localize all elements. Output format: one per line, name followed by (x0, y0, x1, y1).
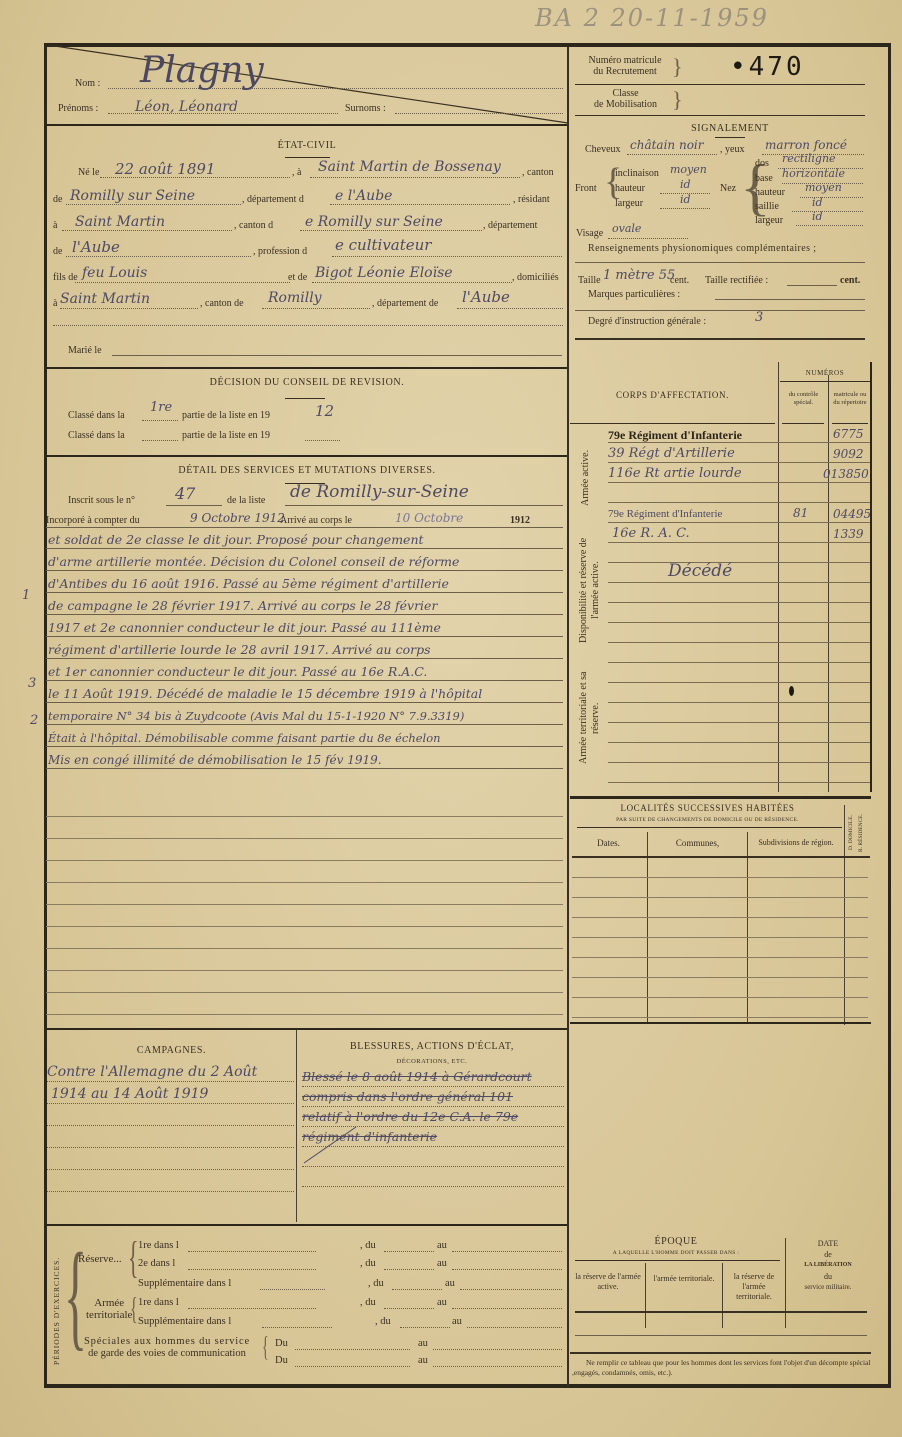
nez-dos-value: rectiligne (782, 152, 836, 165)
text-value: 9092 (833, 447, 864, 461)
armee-territoriale-label: Armée (86, 1297, 132, 1309)
text-value: relatif à l'ordre du 12e C.A. le 79e (302, 1109, 518, 1124)
incorpore-label: Incorporé à compter du (46, 515, 140, 526)
ne-le-label: Né le (78, 167, 99, 178)
cheveux-value: châtain noir (630, 138, 704, 152)
title-underline (285, 157, 330, 158)
text-value: 81 (793, 506, 808, 520)
du-label: , du (375, 1316, 391, 1327)
divider (575, 84, 865, 85)
divider (570, 1022, 871, 1024)
table-row (608, 763, 870, 783)
front-largeur-value: id (680, 193, 691, 206)
line (460, 1289, 562, 1290)
text-value: régiment d'artillerie lourde le 28 avril… (48, 642, 430, 657)
departement-label: , département de (372, 298, 438, 309)
service-lines: et soldat de 2e classe le dit jour. Prop… (46, 527, 563, 769)
arrive-annee: 1912 (510, 515, 530, 526)
marie-label: Marié le (68, 345, 102, 356)
service-line: 1917 et 2e canonnier conducteur le dit j… (46, 615, 563, 637)
front-inclinaison-value: moyen (670, 163, 707, 176)
cent-label: cent. (670, 275, 689, 286)
classe-liste-label: partie de la liste en 19 (182, 430, 270, 441)
domicile-canton: Romilly (268, 290, 322, 306)
line (660, 208, 710, 209)
prenoms-value: Léon, Léonard (135, 99, 238, 115)
line (112, 355, 562, 356)
front-hauteur-label: hauteur (615, 183, 645, 194)
du-label: Du (275, 1338, 288, 1349)
table-row (608, 583, 870, 603)
text-value: 04495 (833, 507, 871, 521)
periode-row-label: 1re dans l (138, 1240, 179, 1251)
divider (575, 115, 865, 116)
arrive-date: 10 Octobre (395, 511, 463, 525)
corps-header: CORPS D'AFFECTATION. (570, 390, 775, 400)
table-row (608, 683, 870, 703)
residence-canton: e Romilly sur Seine (305, 214, 443, 230)
numeros-header: NUMÉROS (780, 369, 870, 377)
du-label: , du (368, 1278, 384, 1289)
text-value: compris dans l'ordre général 101 (302, 1089, 513, 1104)
line (66, 204, 241, 205)
etat-civil-title: ÉTAT-CIVIL (47, 140, 567, 151)
text-value: 013850 (823, 467, 869, 481)
campagnes-title: CAMPAGNES. (47, 1045, 296, 1056)
brace: { (128, 1236, 139, 1280)
table-row (608, 723, 870, 743)
matricule-header: matricule ou du répertoire (830, 391, 870, 407)
epoque-subtitle: A LAQUELLE L'HOMME DOIT PASSER DANS : (570, 1250, 782, 1256)
col-divider (645, 1263, 646, 1328)
periode-row-label: Supplémentaire dans l (138, 1316, 231, 1327)
table-row (608, 643, 870, 663)
a-label: , à (292, 167, 301, 178)
text-value: le 11 Août 1919. Décédé de maladie le 15… (48, 686, 482, 701)
signalement-title: SIGNALEMENT (570, 123, 890, 134)
line (452, 1308, 562, 1309)
territoriale-label: Armée territoriale et sa réserve. (578, 658, 602, 778)
campagnes-lines: Contre l'Allemagne du 2 Août 1914 au 14 … (47, 1060, 294, 1192)
au-label: au (445, 1278, 455, 1289)
line (433, 1349, 562, 1350)
periode-row-label: 1re dans l (138, 1297, 179, 1308)
du-label: , du (360, 1258, 376, 1269)
service-line: d'Antibes du 16 août 1916. Passé au 5ème… (46, 571, 563, 593)
conseil-title: DÉCISION DU CONSEIL DE REVISION. (47, 377, 567, 388)
line (452, 1269, 562, 1270)
brace: { (130, 1292, 138, 1324)
domicile: Saint Martin (60, 291, 150, 307)
list-item: 1914 au 14 Août 1919 (47, 1082, 294, 1104)
table-row (608, 663, 870, 683)
nez-saillie-label: saillie (755, 201, 779, 212)
et-de-label: et de (288, 272, 307, 283)
col-divider (722, 1263, 723, 1328)
table-row: 16e R. A. C.1339 (608, 523, 870, 543)
line (467, 1327, 562, 1328)
armee-territoriale-label: territoriale (86, 1309, 132, 1321)
nom-value: Plagny (140, 50, 264, 91)
divider (47, 1224, 567, 1226)
inscrit-numero: 47 (175, 484, 195, 503)
degre-label: Degré d'instruction générale : (588, 316, 706, 327)
service-line: le 11 Août 1919. Décédé de maladie le 15… (46, 681, 563, 703)
list-item: Contre l'Allemagne du 2 Août (47, 1060, 294, 1082)
residence: Saint Martin (75, 214, 165, 230)
date-header: service militaire. (787, 1282, 869, 1293)
du-label: , du (360, 1297, 376, 1308)
list-item (47, 1126, 294, 1148)
col-communes: Communes, (650, 838, 745, 848)
service-line: temporaire N° 34 bis à Zuydcoote (Avis M… (46, 703, 563, 725)
affectation-rows: 79e Régiment d'Infanterie6775 39 Régt d'… (608, 423, 870, 783)
divider (780, 381, 870, 382)
line (188, 1269, 316, 1270)
text-value: 1917 et 2e canonnier conducteur le dit j… (48, 620, 441, 635)
brace: { (262, 1334, 269, 1362)
text-value: Mis en congé illimité de démobilisation … (48, 753, 382, 767)
taille-value: 1 mètre 55 (603, 268, 675, 283)
table-row (608, 603, 870, 623)
text-value: Décédé (668, 561, 732, 581)
line (62, 230, 232, 231)
col-armee-territoriale: l'armée territoriale. (647, 1272, 721, 1286)
text-value: 6775 (833, 427, 864, 441)
line (796, 225, 863, 226)
pen-stroke (300, 1125, 360, 1165)
domicilies-label: , domiciliés (512, 272, 559, 283)
canton-label: , canton (522, 167, 554, 178)
prenoms-label: Prénoms : (58, 103, 98, 114)
blessures-title: BLESSURES, ACTIONS D'ÉCLAT, (298, 1041, 566, 1052)
table-row: 39 Régt d'Artillerie9092 (608, 443, 870, 463)
departement-label: , département (483, 220, 537, 231)
line (295, 1366, 410, 1367)
text-value: 1339 (833, 527, 864, 541)
classe-partie: 1re (150, 400, 172, 415)
line (332, 256, 562, 257)
nez-base-label: base (755, 173, 773, 184)
a-label: à (53, 298, 57, 309)
line (452, 1251, 562, 1252)
margin-note: 3 (28, 676, 36, 691)
line (188, 1308, 316, 1309)
reserve-label: Réserve... (78, 1253, 122, 1265)
service-line: d'arme artillerie montée. Décision du Co… (46, 549, 563, 571)
cent-label: cent. (840, 275, 860, 286)
line (53, 325, 563, 326)
list-item: relatif à l'ordre du 12e C.A. le 79e (302, 1107, 564, 1127)
cheveux-label: Cheveux (585, 144, 621, 155)
liste-label: de la liste (227, 495, 265, 506)
birth-place: Saint Martin de Bossenay (318, 159, 501, 175)
taille-rectifiee-label: Taille rectifiée : (705, 275, 768, 286)
line (575, 310, 865, 311)
col-domicile: D. DOMICILE. (848, 805, 858, 860)
col-subdivisions: Subdivisions de région. (750, 838, 842, 847)
periode-row-label: 2e dans l (138, 1258, 175, 1269)
line (188, 1251, 316, 1252)
service-line: et soldat de 2e classe le dit jour. Prop… (46, 527, 563, 549)
text-value: d'Antibes du 16 août 1916. Passé au 5ème… (48, 576, 449, 591)
service-line: régiment d'artillerie lourde le 28 avril… (46, 637, 563, 659)
line (262, 308, 370, 309)
residence-departement: l'Aube (72, 238, 120, 256)
list-item (302, 1167, 564, 1187)
au-label: au (418, 1355, 428, 1366)
margin-note: 1 (22, 588, 30, 603)
speciales-label: de garde des voies de communication (84, 1348, 250, 1360)
periode-row-label: Supplémentaire dans l (138, 1278, 231, 1289)
text-value: 39 Régt d'Artillerie (608, 446, 735, 461)
line (433, 1366, 562, 1367)
table-row: 79e Régiment d'Infanterie8104495 (608, 503, 870, 523)
profession: e cultivateur (335, 236, 431, 254)
renseignements-label: Renseignements physionomiques complément… (588, 243, 816, 254)
surnoms-label: Surnoms : (345, 103, 386, 114)
classe-label-1: Classe (583, 88, 668, 99)
line (608, 238, 688, 239)
table-row: 116e Rt artie lourde013850 (608, 463, 870, 483)
date-header: DATE (787, 1238, 869, 1249)
incorpore-date: 9 Octobre 1912 (190, 511, 285, 525)
archive-stamp: BA 2 20-11-1959 (535, 4, 769, 32)
birth-departement: e l'Aube (335, 188, 392, 204)
line (575, 1335, 867, 1336)
disponibilite-label: Disponibilité et réserve de l'armée acti… (578, 530, 602, 650)
line (310, 177, 520, 178)
text-value: Blessé le 8 août 1914 à Gérardcourt (302, 1069, 532, 1084)
liste-value: de Romilly-sur-Seine (290, 482, 469, 502)
speciales-label: Spéciales aux hommes du service (84, 1336, 250, 1348)
col-divider (296, 1030, 297, 1222)
fils-label: fils de (53, 272, 78, 283)
surnoms-line (395, 113, 563, 114)
localites-ruled-rows (572, 858, 868, 1022)
line (142, 440, 178, 441)
service-line: de campagne le 28 février 1917. Arrivé a… (46, 593, 563, 615)
text-value: et soldat de 2e classe le dit jour. Prop… (48, 532, 424, 547)
nez-saillie-value: id (812, 196, 823, 209)
visage-label: Visage (576, 228, 603, 239)
nez-hauteur-value: moyen (805, 181, 842, 194)
au-label: au (418, 1338, 428, 1349)
line (295, 1349, 410, 1350)
col-residence: R. RÉSIDENCE. (858, 805, 868, 860)
canton-label: , canton de (200, 298, 244, 309)
de-label: de (53, 246, 62, 257)
col-divider (785, 1238, 786, 1328)
divider (570, 796, 871, 799)
degre-value: 3 (755, 310, 763, 325)
column-divider (567, 47, 569, 1386)
nez-dos-label: dos (755, 158, 769, 169)
list-item (47, 1148, 294, 1170)
inscrit-label: Inscrit sous le n° (68, 495, 135, 506)
line (715, 299, 865, 300)
line (60, 308, 198, 309)
au-label: au (452, 1316, 462, 1327)
col-reserve-territoriale: la réserve de l'armée territoriale. (724, 1272, 784, 1302)
divider (47, 367, 567, 369)
au-label: au (437, 1258, 447, 1269)
line (262, 1327, 332, 1328)
line (384, 1251, 434, 1252)
au-label: au (437, 1297, 447, 1308)
controle-header: du contrôle spécial. (780, 391, 827, 407)
table-row (608, 623, 870, 643)
classe-annee: 12 (315, 402, 334, 420)
localites-title: LOCALITÉS SUCCESSIVES HABITÉES (570, 803, 845, 813)
line (142, 420, 178, 421)
text-value: de campagne le 28 février 1917. Arrivé a… (48, 598, 437, 613)
line (66, 256, 251, 257)
date-header: LA LIBÉRATION (787, 1260, 869, 1271)
matricule-label-1: Numéro matricule (575, 55, 675, 66)
service-line: Mis en congé illimité de démobilisation … (46, 747, 563, 769)
front-hauteur-value: id (680, 178, 691, 191)
line (400, 1327, 450, 1328)
visage-value: ovale (612, 222, 641, 235)
line (285, 505, 563, 506)
title-underline (285, 398, 325, 399)
departement-label: , département d (242, 194, 304, 205)
epoque-note: Ne remplir ce tableau que pour les homme… (572, 1358, 872, 1378)
divider (575, 338, 865, 340)
line (312, 282, 512, 283)
line (392, 1289, 442, 1290)
empty-ruled-lines (46, 795, 563, 1023)
divider (575, 1311, 867, 1313)
localites-subtitle: PAR SUITE DE CHANGEMENTS DE DOMICILE OU … (570, 817, 845, 823)
col-divider (870, 362, 872, 792)
classe-label: Classé dans la (68, 410, 125, 421)
line (75, 282, 290, 283)
divider (47, 1028, 567, 1030)
nez-largeur-value: id (812, 210, 823, 223)
line (384, 1269, 434, 1270)
nom-label: Nom : (75, 78, 100, 89)
divider (47, 455, 567, 457)
service-line: Était à l'hôpital. Démobilisable comme f… (46, 725, 563, 747)
line (575, 262, 865, 263)
ink-blot (789, 686, 794, 696)
brace: } (672, 87, 683, 113)
list-item: Blessé le 8 août 1914 à Gérardcourt (302, 1067, 564, 1087)
divider (577, 827, 842, 828)
line (305, 440, 340, 441)
divider (570, 1352, 871, 1354)
line (800, 197, 863, 198)
matricule-number: •470 (730, 52, 805, 82)
text-value: 79e Régiment d'Infanterie (608, 428, 742, 443)
table-row (608, 483, 870, 503)
margin-note: 2 (30, 713, 38, 728)
divider (47, 124, 567, 126)
profession-label: , profession d (253, 246, 307, 257)
text-value: Était à l'hôpital. Démobilisable comme f… (48, 731, 441, 745)
table-row (608, 543, 870, 563)
armee-active-label: Armée active. (580, 428, 591, 528)
service-line: et 1er canonnier conducteur le dit jour.… (46, 659, 563, 681)
text-value: 16e R. A. C. (612, 526, 690, 541)
front-label: Front (575, 183, 597, 194)
col-reserve-active: la réserve de l'armée active. (572, 1272, 644, 1292)
title-underline (715, 137, 745, 138)
text-value: 79e Régiment d'Infanterie (608, 508, 722, 520)
list-item (47, 1104, 294, 1126)
birth-canton: Romilly sur Seine (70, 188, 195, 204)
birth-date: 22 août 1891 (115, 160, 215, 178)
table-row: 79e Régiment d'Infanterie6775 (608, 423, 870, 443)
services-title: DÉTAIL DES SERVICES ET MUTATIONS DIVERSE… (47, 465, 567, 476)
du-label: , du (360, 1240, 376, 1251)
taille-label: Taille (578, 275, 601, 286)
a-label: à (53, 220, 57, 231)
de-label: de (53, 194, 62, 205)
front-inclinaison-label: inclinaison (615, 168, 659, 179)
text-value: temporaire N° 34 bis à Zuydcoote (Avis M… (48, 709, 464, 723)
list-item (47, 1170, 294, 1192)
arrive-label: Arrivé au corps le (280, 515, 352, 526)
date-header: du (787, 1271, 869, 1282)
text-value: et 1er canonnier conducteur le dit jour.… (48, 664, 427, 679)
brace: } (672, 54, 683, 80)
line (457, 308, 563, 309)
front-largeur-label: largeur (615, 198, 643, 209)
divider (575, 1260, 780, 1261)
table-row: Décédé (608, 563, 870, 583)
marques-label: Marques particulières : (588, 289, 680, 300)
table-row (608, 743, 870, 763)
nez-label: Nez (720, 183, 736, 194)
blessures-subtitle: DÉCORATIONS, ETC. (298, 1058, 566, 1065)
line (627, 154, 717, 155)
col-dates: Dates. (572, 838, 645, 848)
line (787, 285, 837, 286)
line (792, 211, 863, 212)
table-row (608, 703, 870, 723)
line (384, 1308, 434, 1309)
au-label: au (437, 1240, 447, 1251)
text-value: 116e Rt artie lourde (608, 466, 742, 481)
text-value: 1914 au 14 Août 1919 (51, 1086, 208, 1102)
text-value: Contre l'Allemagne du 2 Août (47, 1064, 257, 1080)
list-item: compris dans l'ordre général 101 (302, 1087, 564, 1107)
nez-largeur-label: largeur (755, 215, 783, 226)
domicile-departement: l'Aube (462, 288, 510, 306)
yeux-value: marron foncé (765, 138, 847, 152)
nez-hauteur-label: hauteur (755, 187, 785, 198)
canton-label: , canton d (234, 220, 273, 231)
text-value: d'arme artillerie montée. Décision du Co… (48, 554, 459, 569)
line (330, 204, 510, 205)
mother-name: Bigot Léonie Eloïse (315, 265, 453, 281)
nez-base-value: horizontale (782, 167, 845, 180)
classe-label: Classé dans la (68, 430, 125, 441)
line (260, 1289, 325, 1290)
classe-label-2: de Mobilisation (583, 99, 668, 110)
classe-liste-label: partie de la liste en 19 (182, 410, 270, 421)
line (166, 505, 222, 506)
matricule-label-2: du Recrutement (575, 66, 675, 77)
line (300, 230, 482, 231)
father-name: feu Louis (82, 265, 147, 281)
residant-label: , résidant (513, 194, 550, 205)
periodes-side-label: PÉRIODES D'EXERCICES. (52, 1248, 64, 1373)
date-header: de (787, 1249, 869, 1260)
